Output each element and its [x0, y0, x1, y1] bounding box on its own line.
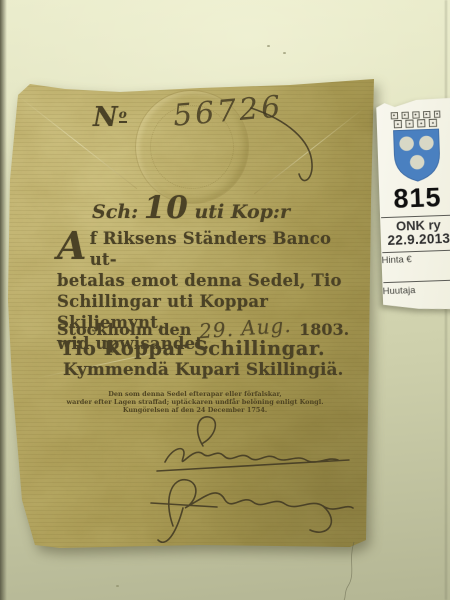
signature-2-tail: [310, 506, 331, 532]
signature-2-descender: [158, 508, 183, 542]
auction-date: 22.9.2013: [381, 231, 450, 249]
price-field-label: Hinta €: [381, 254, 411, 266]
stray-thread: [330, 540, 370, 600]
bidder-field-label: Huutaja: [382, 285, 415, 297]
auction-label-paper: 815 ONK ry 22.9.2013 Hinta € Huutaja: [376, 97, 450, 312]
banknote-paper: No 56726 Sch: 10 uti Kop:r Af Riksens St…: [5, 78, 377, 550]
lot-number: 815: [379, 182, 450, 216]
label-rule: [383, 279, 450, 283]
signature-2-scrawl: [169, 480, 353, 526]
label-rule: [382, 249, 450, 253]
auction-label: 815 ONK ry 22.9.2013 Hinta € Huutaja: [376, 97, 450, 312]
photo-of-banknote-on-wall: { "note": { "number_label_n": "N", "numb…: [0, 0, 450, 600]
mural-crown: [391, 111, 440, 128]
banknote: No 56726 Sch: 10 uti Kop:r Af Riksens St…: [5, 78, 377, 550]
signature-2-underline: [151, 503, 217, 507]
club-coat-of-arms: [386, 110, 446, 184]
serial-flourish: [251, 108, 312, 181]
wall-speck: [283, 52, 286, 54]
wall-speck: [116, 585, 119, 587]
handwritten-signatures: [5, 78, 377, 550]
signature-1-loop: [198, 417, 216, 446]
signature-1-scrawl: [165, 449, 338, 462]
wall-speck: [267, 45, 270, 47]
signature-1-underline: [157, 460, 349, 471]
